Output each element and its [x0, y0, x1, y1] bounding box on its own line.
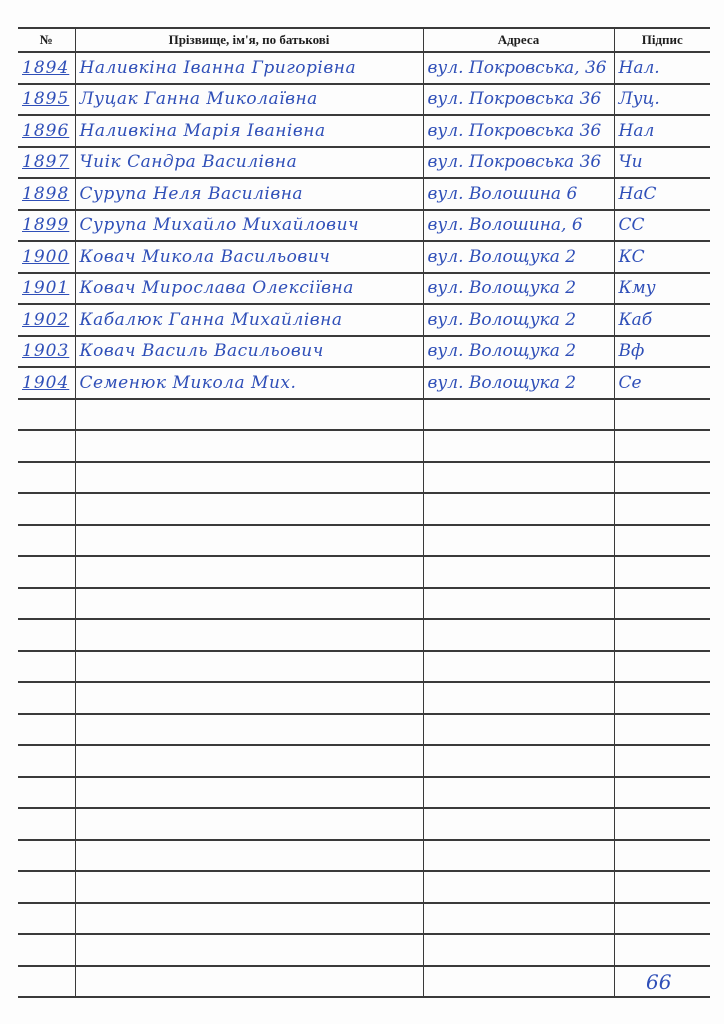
empty-cell: [423, 934, 614, 966]
row-signature: КС: [614, 241, 710, 273]
row-number: 1894: [18, 52, 75, 84]
empty-cell: [18, 588, 75, 620]
row-name: Луцак Ганна Миколаївна: [75, 84, 423, 116]
empty-cell: [75, 934, 423, 966]
row-address: вул. Покровська 36: [423, 115, 614, 147]
empty-table-row: [18, 714, 710, 746]
empty-cell: [423, 430, 614, 462]
row-signature: Се: [614, 367, 710, 399]
row-name: Семенюк Микола Мих.: [75, 367, 423, 399]
empty-cell: [614, 903, 710, 935]
empty-cell: [423, 399, 614, 431]
empty-cell: [18, 903, 75, 935]
empty-cell: [614, 682, 710, 714]
empty-cell: [423, 462, 614, 494]
row-address: вул. Волошина 6: [423, 178, 614, 210]
empty-cell: [423, 619, 614, 651]
empty-cell: [75, 462, 423, 494]
empty-table-row: [18, 430, 710, 462]
empty-cell: [18, 619, 75, 651]
row-number: 1900: [18, 241, 75, 273]
table-row: 1901Ковач Мирослава Олексіївнавул. Волощ…: [18, 273, 710, 305]
empty-cell: [423, 556, 614, 588]
empty-cell: [614, 430, 710, 462]
row-address: вул. Покровська 36: [423, 147, 614, 179]
empty-cell: [614, 619, 710, 651]
table-row: 1903Ковач Василь Васильовичвул. Волощука…: [18, 336, 710, 368]
empty-cell: [75, 745, 423, 777]
row-address: вул. Волощука 2: [423, 367, 614, 399]
table-row: 1900Ковач Микола Васильовичвул. Волощука…: [18, 241, 710, 273]
empty-cell: [614, 777, 710, 809]
empty-table-row: [18, 462, 710, 494]
empty-cell: [18, 777, 75, 809]
empty-cell: [18, 871, 75, 903]
empty-cell: [614, 556, 710, 588]
empty-cell: [423, 714, 614, 746]
row-address: вул. Покровська 36: [423, 84, 614, 116]
row-name: Ковач Мирослава Олексіївна: [75, 273, 423, 305]
empty-cell: [18, 525, 75, 557]
empty-table-row: [18, 808, 710, 840]
empty-cell: [75, 966, 423, 998]
empty-cell: [18, 840, 75, 872]
empty-cell: [423, 525, 614, 557]
row-number: 1898: [18, 178, 75, 210]
row-name: Сурупа Неля Василівна: [75, 178, 423, 210]
table-row: 1896Наливкіна Марія Іванівнавул. Покровс…: [18, 115, 710, 147]
empty-cell: [614, 808, 710, 840]
row-signature: НаС: [614, 178, 710, 210]
empty-cell: [75, 682, 423, 714]
row-number: 1903: [18, 336, 75, 368]
empty-cell: [423, 808, 614, 840]
empty-cell: [614, 651, 710, 683]
empty-cell: [75, 556, 423, 588]
empty-cell: [423, 493, 614, 525]
empty-cell: [75, 619, 423, 651]
empty-cell: [18, 462, 75, 494]
empty-cell: [423, 777, 614, 809]
empty-cell: [75, 588, 423, 620]
empty-cell: [18, 399, 75, 431]
empty-cell: [423, 840, 614, 872]
empty-table-row: [18, 777, 710, 809]
empty-cell: [614, 525, 710, 557]
row-name: Кабалюк Ганна Михайлівна: [75, 304, 423, 336]
empty-cell: [75, 714, 423, 746]
row-signature: Нал.: [614, 52, 710, 84]
row-signature: Кму: [614, 273, 710, 305]
empty-cell: [18, 934, 75, 966]
row-number: 1896: [18, 115, 75, 147]
empty-table-row: [18, 619, 710, 651]
empty-cell: [18, 966, 75, 998]
row-signature: Луц.: [614, 84, 710, 116]
empty-table-row: [18, 493, 710, 525]
empty-cell: [423, 682, 614, 714]
row-name: Наливкіна Іванна Григорівна: [75, 52, 423, 84]
row-number: 1902: [18, 304, 75, 336]
row-number: 1895: [18, 84, 75, 116]
register-table: № Прізвище, ім'я, по батькові Адреса Під…: [18, 27, 710, 998]
empty-cell: [423, 903, 614, 935]
row-signature: СС: [614, 210, 710, 242]
row-address: вул. Волощука 2: [423, 241, 614, 273]
row-address: вул. Волошина, 6: [423, 210, 614, 242]
empty-cell: [18, 808, 75, 840]
row-number: 1901: [18, 273, 75, 305]
empty-cell: [18, 714, 75, 746]
table-row: 1897Чиік Сандра Василівнавул. Покровська…: [18, 147, 710, 179]
empty-cell: [75, 399, 423, 431]
empty-cell: [75, 777, 423, 809]
row-name: Наливкіна Марія Іванівна: [75, 115, 423, 147]
empty-cell: [75, 808, 423, 840]
row-number: 1897: [18, 147, 75, 179]
register-sheet: № Прізвище, ім'я, по батькові Адреса Під…: [0, 0, 724, 1024]
table-row: 1898Сурупа Неля Василівнавул. Волошина 6…: [18, 178, 710, 210]
row-signature: Каб: [614, 304, 710, 336]
empty-cell: [75, 871, 423, 903]
table-header-row: № Прізвище, ім'я, по батькові Адреса Під…: [18, 28, 710, 52]
empty-table-row: [18, 903, 710, 935]
empty-cell: [18, 493, 75, 525]
empty-cell: [18, 430, 75, 462]
row-signature: Вф: [614, 336, 710, 368]
empty-cell: [614, 399, 710, 431]
row-signature: Чи: [614, 147, 710, 179]
empty-cell: [423, 966, 614, 998]
empty-cell: [614, 462, 710, 494]
row-name: Ковач Микола Васильович: [75, 241, 423, 273]
table-row: 1904Семенюк Микола Мих.вул. Волощука 2Се: [18, 367, 710, 399]
row-address: вул. Волощука 2: [423, 336, 614, 368]
row-name: Чиік Сандра Василівна: [75, 147, 423, 179]
empty-table-row: [18, 966, 710, 998]
header-signature: Підпис: [614, 28, 710, 52]
header-number: №: [18, 28, 75, 52]
row-name: Ковач Василь Васильович: [75, 336, 423, 368]
table-body: 1894Наливкіна Іванна Григорівнавул. Покр…: [18, 52, 710, 997]
row-address: вул. Покровська, 36: [423, 52, 614, 84]
row-address: вул. Волощука 2: [423, 273, 614, 305]
empty-cell: [423, 871, 614, 903]
empty-table-row: [18, 871, 710, 903]
page-number: 66: [646, 970, 671, 994]
empty-table-row: [18, 682, 710, 714]
table-row: 1894Наливкіна Іванна Григорівнавул. Покр…: [18, 52, 710, 84]
empty-cell: [423, 651, 614, 683]
empty-table-row: [18, 840, 710, 872]
empty-cell: [75, 651, 423, 683]
row-number: 1904: [18, 367, 75, 399]
empty-table-row: [18, 399, 710, 431]
empty-cell: [614, 493, 710, 525]
empty-cell: [614, 745, 710, 777]
empty-table-row: [18, 588, 710, 620]
empty-cell: [18, 682, 75, 714]
empty-cell: [75, 493, 423, 525]
empty-cell: [75, 525, 423, 557]
empty-table-row: [18, 556, 710, 588]
empty-cell: [18, 651, 75, 683]
header-name: Прізвище, ім'я, по батькові: [75, 28, 423, 52]
row-name: Сурупа Михайло Михайлович: [75, 210, 423, 242]
empty-cell: [75, 430, 423, 462]
empty-table-row: [18, 525, 710, 557]
empty-cell: [423, 588, 614, 620]
table-row: 1899Сурупа Михайло Михайловичвул. Волоши…: [18, 210, 710, 242]
empty-table-row: [18, 745, 710, 777]
empty-table-row: [18, 934, 710, 966]
row-signature: Нал: [614, 115, 710, 147]
empty-cell: [614, 871, 710, 903]
row-number: 1899: [18, 210, 75, 242]
header-address: Адреса: [423, 28, 614, 52]
empty-cell: [614, 934, 710, 966]
empty-cell: [614, 714, 710, 746]
row-address: вул. Волощука 2: [423, 304, 614, 336]
empty-cell: [75, 840, 423, 872]
empty-cell: [614, 840, 710, 872]
empty-table-row: [18, 651, 710, 683]
table-row: 1902Кабалюк Ганна Михайлівнавул. Волощук…: [18, 304, 710, 336]
empty-cell: [75, 903, 423, 935]
empty-cell: [18, 745, 75, 777]
table-row: 1895Луцак Ганна Миколаївнавул. Покровськ…: [18, 84, 710, 116]
empty-cell: [18, 556, 75, 588]
empty-cell: [614, 588, 710, 620]
empty-cell: [423, 745, 614, 777]
